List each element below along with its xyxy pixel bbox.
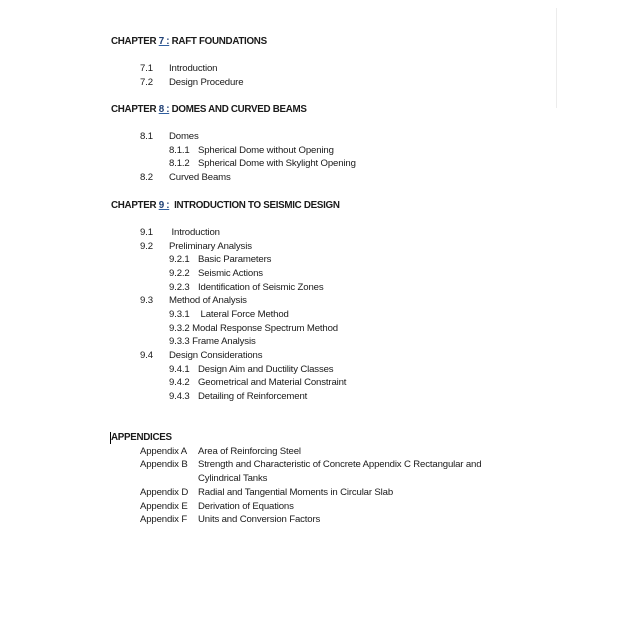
section-title: Modal Response Spectrum Method: [192, 323, 338, 334]
section-number: 9.3.3: [169, 336, 190, 347]
appendix-label: Appendix F: [140, 514, 187, 526]
section-number: 9.2: [140, 241, 153, 253]
toc-entry[interactable]: 9.3.3 Frame Analysis: [169, 336, 256, 348]
section-number: 9.4: [140, 350, 153, 362]
section-title: Domes: [169, 131, 199, 143]
chapter-title: INTRODUCTION TO SEISMIC DESIGN: [169, 200, 339, 211]
section-number: 8.2: [140, 172, 153, 184]
chapter-8-heading: CHAPTER 8 : DOMES AND CURVED BEAMS: [111, 104, 307, 116]
section-number: 8.1.2: [169, 158, 190, 170]
chapter-7-number-link[interactable]: 7 :: [159, 36, 170, 47]
section-title: Design Aim and Ductility Classes: [198, 364, 333, 376]
appendix-title: Strength and Characteristic of Concrete …: [198, 459, 481, 471]
appendices-heading: APPENDICES: [111, 432, 172, 444]
chapter-prefix: CHAPTER: [111, 36, 159, 47]
section-number: 9.2.1: [169, 254, 190, 266]
section-number: 9.4.2: [169, 377, 190, 389]
section-number: 8.1.1: [169, 145, 190, 157]
appendix-label: Appendix B: [140, 459, 188, 471]
section-number: 8.1: [140, 131, 153, 143]
page-edge-divider: [556, 8, 557, 108]
section-title: Basic Parameters: [198, 254, 271, 266]
section-title: Design Procedure: [169, 77, 243, 89]
chapter-prefix: CHAPTER: [111, 200, 159, 211]
section-title: Seismic Actions: [198, 268, 263, 280]
section-number: 9.4.1: [169, 364, 190, 376]
appendix-title: Units and Conversion Factors: [198, 514, 320, 526]
appendix-title: Area of Reinforcing Steel: [198, 446, 301, 458]
section-title: Introduction: [169, 63, 217, 75]
section-number: 9.1: [140, 227, 153, 239]
appendix-label: Appendix A: [140, 446, 187, 458]
chapter-9-heading: CHAPTER 9 : INTRODUCTION TO SEISMIC DESI…: [111, 200, 340, 212]
section-title: Detailing of Reinforcement: [198, 391, 307, 403]
appendix-label: Appendix E: [140, 501, 188, 513]
section-number: 9.3.2: [169, 323, 190, 334]
section-title: Geometrical and Material Constraint: [198, 377, 346, 389]
section-number: 7.2: [140, 77, 153, 89]
appendix-label: Appendix D: [140, 487, 188, 499]
section-number: 7.1: [140, 63, 153, 75]
section-title: Preliminary Analysis: [169, 241, 252, 253]
section-number: 9.2.3: [169, 282, 190, 294]
appendix-title: Cylindrical Tanks: [198, 473, 267, 485]
section-title: Spherical Dome with Skylight Opening: [198, 158, 356, 170]
chapter-title: DOMES AND CURVED BEAMS: [169, 104, 306, 115]
chapter-8-number-link[interactable]: 8 :: [159, 104, 170, 115]
section-title: Curved Beams: [169, 172, 231, 184]
section-title: Identification of Seismic Zones: [198, 282, 323, 294]
chapter-prefix: CHAPTER: [111, 104, 159, 115]
section-title: Method of Analysis: [169, 295, 247, 307]
section-number: 9.3: [140, 295, 153, 307]
chapter-7-heading: CHAPTER 7 : RAFT FOUNDATIONS: [111, 36, 267, 48]
chapter-9-number-link[interactable]: 9 :: [159, 200, 170, 211]
section-title: Frame Analysis: [192, 336, 255, 347]
section-number: 9.2.2: [169, 268, 190, 280]
section-number: 9.3.1: [169, 309, 190, 321]
section-title: Spherical Dome without Opening: [198, 145, 334, 157]
section-title: Design Considerations: [169, 350, 262, 362]
section-title: Lateral Force Method: [198, 309, 289, 321]
toc-entry[interactable]: 9.3.2 Modal Response Spectrum Method: [169, 323, 338, 335]
document-page: CHAPTER 7 : RAFT FOUNDATIONS 7.1Introduc…: [0, 0, 644, 644]
section-title: Introduction: [169, 227, 220, 239]
chapter-title: RAFT FOUNDATIONS: [169, 36, 267, 47]
appendix-title: Derivation of Equations: [198, 501, 294, 513]
section-number: 9.4.3: [169, 391, 190, 403]
appendix-title: Radial and Tangential Moments in Circula…: [198, 487, 393, 499]
